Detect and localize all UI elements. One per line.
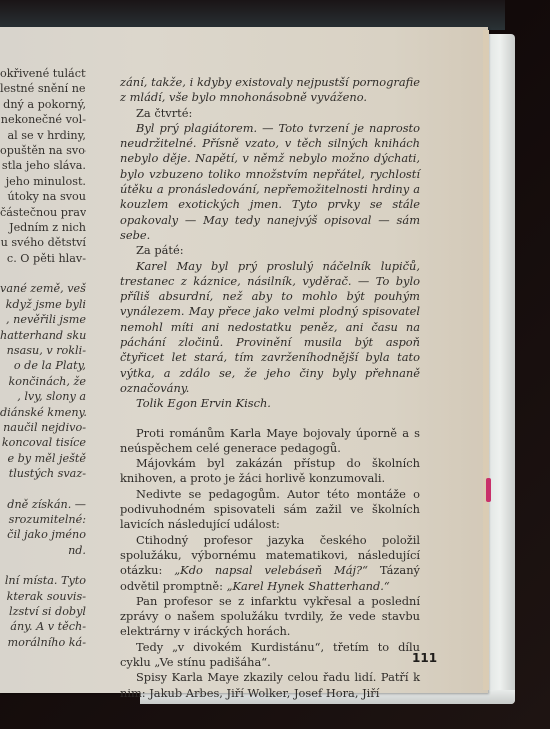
left-page-line: kterak souvis- [0,589,86,604]
section-heading-fifth: Za páté: [120,243,420,258]
left-page-line: lzství si dobyl [0,604,86,619]
left-page-line: částečnou prav- [0,205,86,220]
left-page-line: u svého dětství [0,235,86,250]
line-gap [0,482,86,497]
text-question: „Kdo napsal velebáseň Máj?“ [174,563,368,577]
left-page-line: čil jako jméno [0,527,86,542]
paragraph-author-anecdote: Nedivte se pedagogům. Autor této montáže… [120,487,420,533]
section-heading-fourth: Za čtvrté: [120,106,420,121]
left-page-line: okřivené tuláctví [0,66,86,81]
left-page-line: lestné snění ne- [0,81,86,96]
section-gap [120,412,420,426]
book-cover-right-edge [485,34,515,704]
paragraph-professor-infarct: Pan profesor se z infarktu vykřesal a po… [120,594,420,640]
left-page-line: al se v hrdiny, [0,128,86,143]
left-page-line: končinách, že [0,374,86,389]
right-page-column: zání, takže, i kdyby existovaly nejpustš… [120,75,420,701]
left-page-line: ány. A v těch- [0,619,86,634]
paragraph-spoiled-people: Spisy Karla Maye zkazily celou řadu lidí… [120,670,420,701]
left-page-line: nekonečné vol- [0,112,86,127]
left-page-line: stla jeho sláva. [0,158,86,173]
paragraph-professor-question: Ctihodný profesor jazyka českého položil… [120,533,420,594]
left-page-line: naučil nejdivo- [0,420,86,435]
left-page-line: nd. [0,543,86,558]
paragraph-continued: zání, takže, i kdyby existovaly nejpustš… [120,75,420,106]
book-cover-top-edge [0,0,505,30]
left-page-line: hatterhand sku- [0,328,86,343]
line-gap [0,558,86,573]
left-page-line: , nevěřili jsme [0,312,86,327]
left-page-line: opuštěn na svo- [0,143,86,158]
page-edges [483,30,489,690]
left-page-line: morálního ká- [0,635,86,650]
bookmark-ribbon [486,478,491,502]
left-page-line: Jedním z nich [0,220,86,235]
paragraph-pedagogues: Proti románům Karla Maye bojovaly úporně… [120,426,420,457]
left-page-line: vané země, veš- [0,281,86,296]
left-page-line: diánské kmeny. [0,405,86,420]
page-number: 111 [412,651,437,665]
left-page-line: srozumitelné: [0,512,86,527]
paragraph-kurdistan: Tedy „v divokém Kurdistánu“, třetím to d… [120,640,420,671]
left-page-line: o de la Platy, [0,358,86,373]
left-page-line: nsasu, v rokli- [0,343,86,358]
left-page-line: lní místa. Tyto [0,573,86,588]
text-answer: „Karel Hynek Shatterhand.“ [227,579,390,593]
left-page-line: jeho minulost. [0,174,86,189]
left-page-line: tlustých svaz- [0,466,86,481]
left-page-line: když jsme byli [0,297,86,312]
left-page-column: okřivené tuláctvílestné snění ne-dný a p… [0,66,86,650]
left-page-line: dně získán. — [0,497,86,512]
paragraph-fourth: Byl prý plagiátorem. — Toto tvrzení je n… [120,121,420,243]
paragraph-fifth: Karel May byl prý proslulý náčelník lupi… [120,259,420,397]
left-page-line: , lvy, slony a [0,389,86,404]
left-page-line: c. O pěti hlav- [0,251,86,266]
left-page-line: dný a pokorný, [0,97,86,112]
line-gap [0,266,86,281]
paragraph-school-libraries: Májovkám byl zakázán přístup do školních… [120,456,420,487]
left-page-line: e by měl ještě [0,451,86,466]
left-page-line: útoky na svou [0,189,86,204]
signature-line: Tolik Egon Ervin Kisch. [120,396,420,411]
left-page-line: koncoval tisíce [0,435,86,450]
